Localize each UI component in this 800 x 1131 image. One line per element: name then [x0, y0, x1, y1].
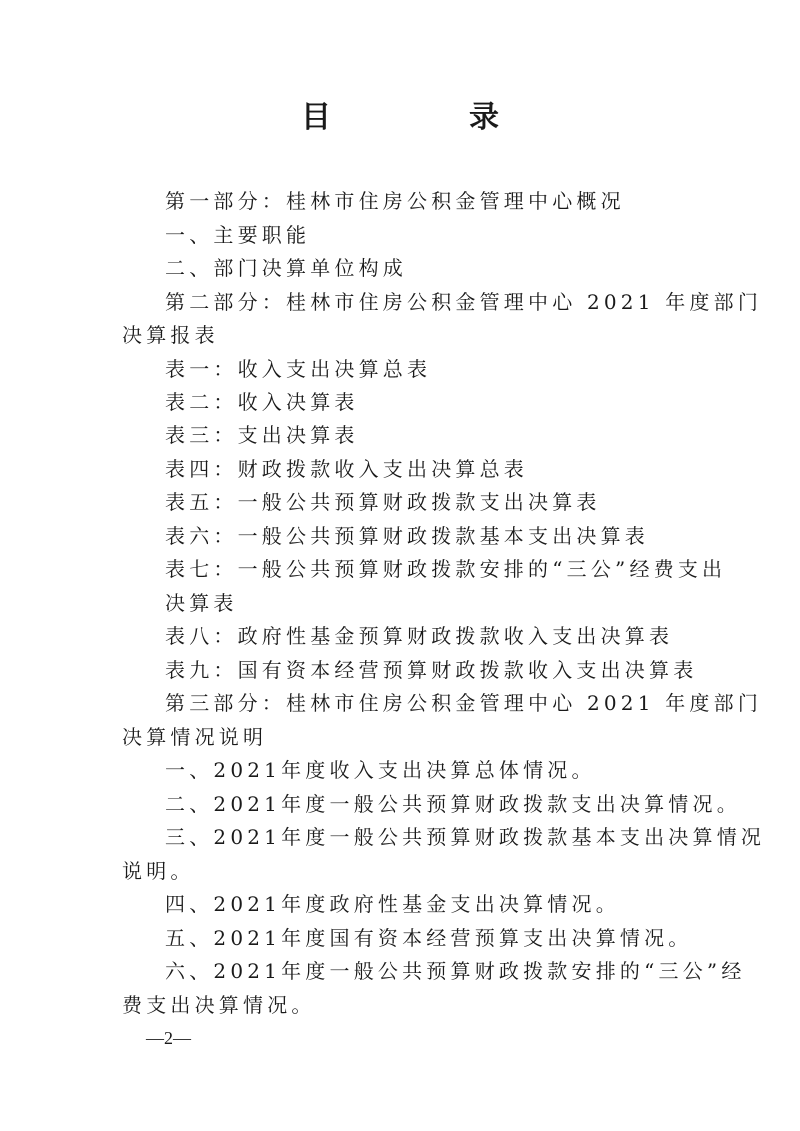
- toc-item: 表二：收入决算表: [165, 389, 359, 415]
- toc-item: 表一：收入支出决算总表: [165, 356, 431, 382]
- toc-item: 一、主要职能: [165, 222, 310, 248]
- toc-item: 四、2021年度政府性基金支出决算情况。: [165, 891, 620, 917]
- toc-continuation: 决算表: [165, 590, 238, 616]
- toc-part-2: 第二部分：桂林市住房公积金管理中心 2021 年度部门: [165, 289, 762, 315]
- toc-continuation: 说明。: [122, 858, 195, 884]
- toc-item: 表八：政府性基金预算财政拨款收入支出决算表: [165, 623, 673, 649]
- toc-item: 五、2021年度国有资本经营预算支出决算情况。: [165, 925, 693, 951]
- toc-item: 表六：一般公共预算财政拨款基本支出决算表: [165, 523, 649, 549]
- toc-continuation: 费支出决算情况。: [122, 992, 316, 1018]
- toc-item: 二、2021年度一般公共预算财政拨款支出决算情况。: [165, 791, 741, 817]
- toc-item: 一、2021年度收入支出决算总体情况。: [165, 757, 596, 783]
- page-number: —2—: [146, 1026, 191, 1050]
- toc-item: 二、部门决算单位构成: [165, 255, 407, 281]
- page-title: 目 录: [0, 98, 800, 138]
- toc-item: 表三：支出决算表: [165, 422, 359, 448]
- toc-part-1: 第一部分：桂林市住房公积金管理中心概况: [165, 188, 625, 214]
- toc-item: 表五：一般公共预算财政拨款支出决算表: [165, 489, 601, 515]
- toc-continuation: 决算报表: [122, 322, 219, 348]
- toc-item: 表九：国有资本经营预算财政拨款收入支出决算表: [165, 657, 697, 683]
- toc-item: 三、2021年度一般公共预算财政拨款基本支出决算情况: [165, 824, 765, 850]
- toc-continuation: 决算情况说明: [122, 724, 267, 750]
- toc-item: 表四：财政拨款收入支出决算总表: [165, 456, 528, 482]
- toc-item: 六、2021年度一般公共预算财政拨款安排的“三公”经: [165, 958, 746, 984]
- toc-item: 表七：一般公共预算财政拨款安排的“三公”经费支出: [165, 556, 726, 582]
- toc-part-3: 第三部分：桂林市住房公积金管理中心 2021 年度部门: [165, 690, 762, 716]
